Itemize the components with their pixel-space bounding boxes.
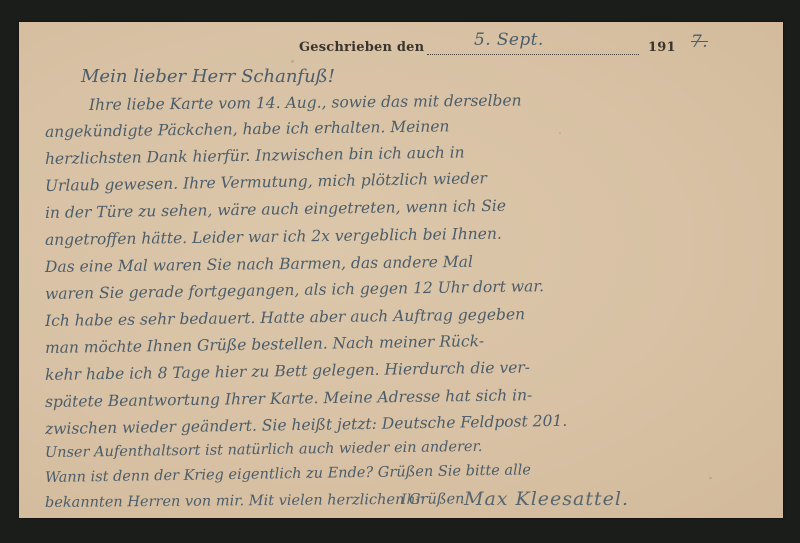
paper-speck <box>291 60 294 63</box>
date-dotted-line <box>427 54 639 55</box>
signature: Max Kleesattel. <box>464 488 629 510</box>
body-line: angetroffen hätte. Leider war ich 2x ver… <box>45 225 502 249</box>
body-line: spätete Beantwortung Ihrer Karte. Meine … <box>45 386 532 411</box>
body-line: Ihre liebe Karte vom 14. Aug., sowie das… <box>89 91 522 114</box>
salutation: Mein lieber Herr Schanfuß! <box>81 66 335 87</box>
paper-speck <box>139 322 141 324</box>
paper-speck <box>559 132 561 134</box>
body-line: Wann ist denn der Krieg eigentlich zu En… <box>45 462 531 486</box>
body-line: zwischen wieder geändert. Sie heißt jetz… <box>45 412 567 438</box>
body-line: Urlaub gewesen. Ihre Vermutung, mich plö… <box>45 169 487 195</box>
closing: Ihr <box>401 492 422 508</box>
body-line: angekündigte Päckchen, habe ich erhalten… <box>45 117 450 141</box>
body-line: herzlichsten Dank hierfür. Inzwischen bi… <box>45 143 465 168</box>
body-line: waren Sie gerade fortgegangen, als ich g… <box>45 277 544 303</box>
body-line: kehr habe ich 8 Tage hier zu Bett gelege… <box>45 358 530 384</box>
handwritten-date: 5. Sept. <box>474 30 544 50</box>
body-line: man möchte Ihnen Grüße bestellen. Nach m… <box>45 332 484 357</box>
body-line: in der Türe zu sehen, wäre auch eingetre… <box>45 197 506 222</box>
handwritten-year-digit: 7. <box>691 32 708 52</box>
printed-date-label: Geschrieben den <box>299 40 424 55</box>
paper-speck <box>709 477 712 479</box>
postcard: Geschrieben den 5. Sept. 191 7. Mein lie… <box>19 22 783 518</box>
body-line: Ich habe es sehr bedauert. Hatte aber au… <box>45 305 525 330</box>
body-line: Das eine Mal waren Sie nach Barmen, das … <box>45 253 473 276</box>
postcard-header: Geschrieben den 5. Sept. 191 7. <box>299 34 739 58</box>
body-line: Unser Aufenthaltsort ist natürlich auch … <box>45 439 483 461</box>
printed-year-prefix: 191 <box>648 40 676 55</box>
